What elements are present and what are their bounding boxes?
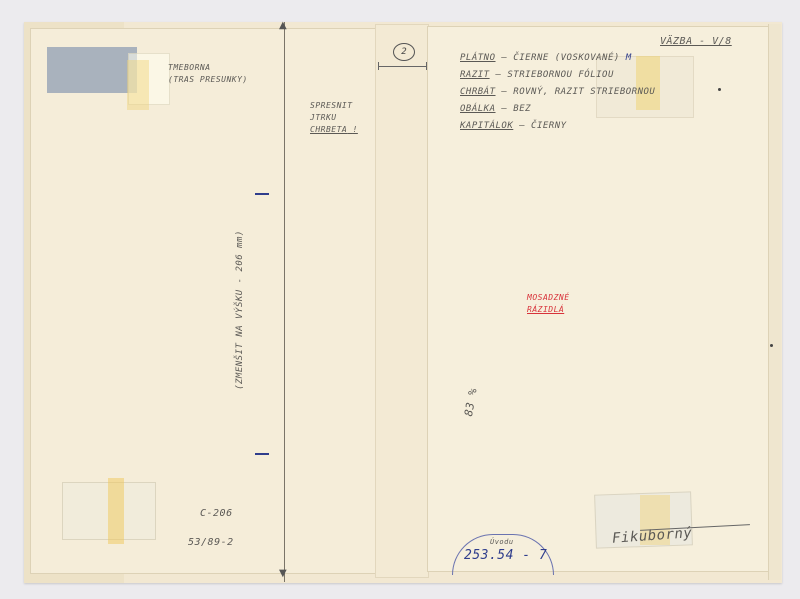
spec-list: PLÁTNO – ČIERNE (VOSKOVANÉ) M RAZIT – ST… (460, 50, 655, 135)
spec-row: OBÁLKA – BEZ (460, 101, 655, 118)
note-line: CHRBETA ! (310, 124, 358, 136)
blue-tape (47, 47, 137, 93)
note-line: MOSADZNÉ (527, 292, 570, 304)
brass-dies-note: MOSADZNÉ RÁZIDLÁ (527, 292, 570, 316)
arrow-down-icon: ▼ (279, 568, 287, 579)
right-edge-strip (768, 24, 781, 580)
spine-width-note: SPRESNIT JTRKU CHRBETA ! (310, 100, 358, 136)
yellow-tape (127, 60, 149, 110)
code-c206: C-206 (200, 508, 233, 519)
spec-row: CHRBÁT – ROVNÝ, RAZIT STRIEBORNOU (460, 84, 655, 101)
spine-panel-sheet (375, 24, 429, 578)
measure-tick (426, 62, 427, 70)
yellow-tape (108, 478, 124, 544)
note-line: SPRESNIT (310, 100, 358, 112)
note-line: RÁZIDLÁ (527, 304, 570, 316)
reduce-height-note: (ZMENŠIT NA VÝŠKU - 206 mm) (235, 230, 245, 390)
top-left-note: TMEBORNA (TRAS PRESUNKY) (168, 62, 248, 86)
blue-tick-mark (255, 453, 269, 455)
inventory-number: 253.54 - 7 (464, 548, 547, 563)
spec-row: RAZIT – STRIEBORNOU FÓLIOU (460, 67, 655, 84)
blue-tick-mark (255, 193, 269, 195)
code-5389: 53/89-2 (188, 537, 234, 548)
spec-row: PLÁTNO – ČIERNE (VOSKOVANÉ) M (460, 50, 655, 67)
note-line: (TRAS PRESUNKY) (168, 74, 248, 86)
spec-row: KAPITÁLOK – ČIERNY (460, 118, 655, 135)
note-line: JTRKU (310, 112, 358, 124)
pencil-dot (770, 344, 773, 347)
stamp-label: Úvodu (490, 538, 514, 546)
binding-title: VÄZBA - V/8 (660, 36, 732, 47)
note-line: TMEBORNA (168, 62, 248, 74)
height-measure-line (284, 22, 285, 582)
pencil-dot (718, 88, 721, 91)
circled-number: 2 (393, 43, 415, 61)
arrow-up-icon: ▲ (279, 20, 287, 31)
measure-tick (378, 62, 379, 70)
spine-width-measure (378, 66, 426, 67)
